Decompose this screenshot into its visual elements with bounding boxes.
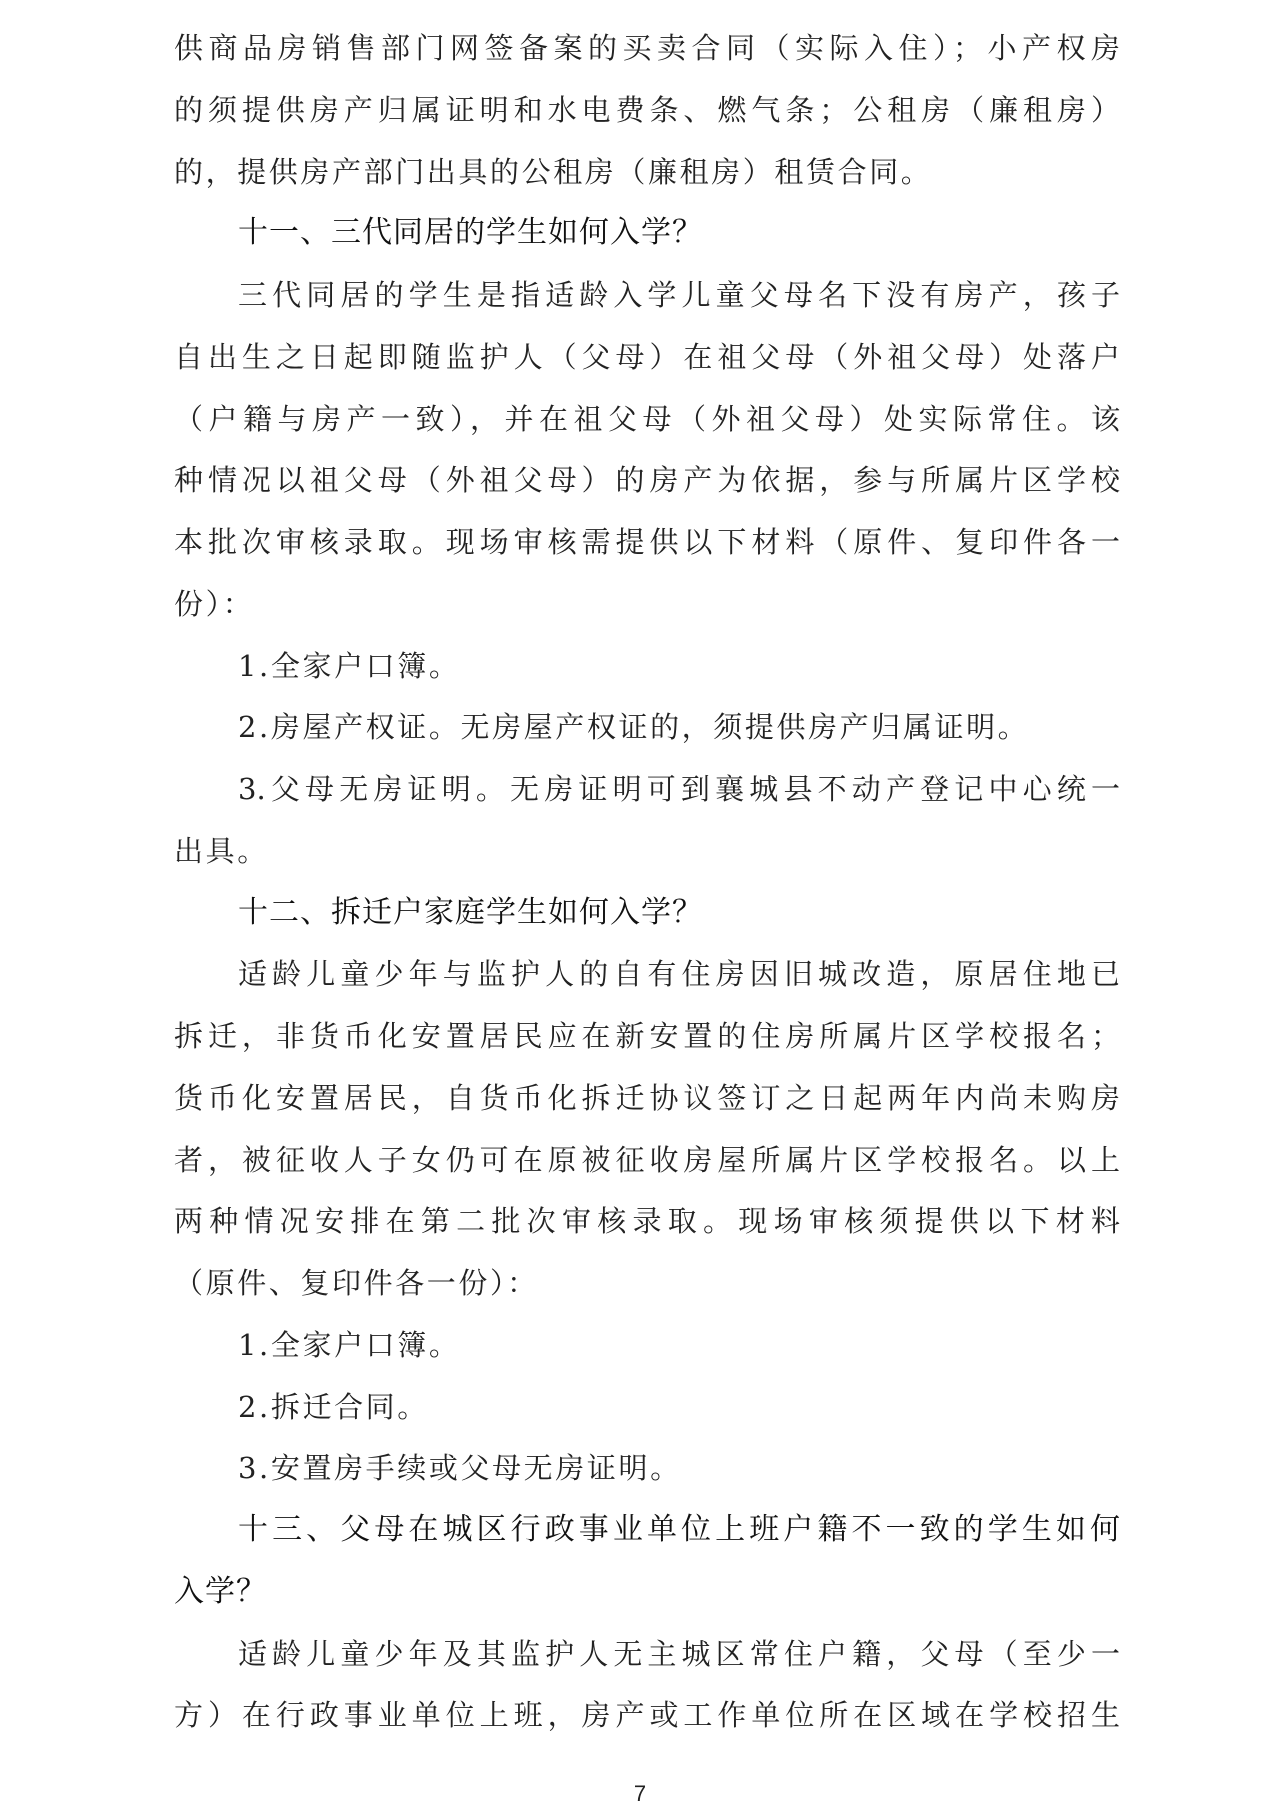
paragraph-line: 的，提供房产部门出具的公租房（廉租房）租赁合同。 xyxy=(174,150,1120,194)
paragraph-line: 方）在行政事业单位上班，房产或工作单位所在区域在学校招生 xyxy=(174,1693,1120,1737)
section-heading: 十三、父母在城区行政事业单位上班户籍不一致的学生如何 xyxy=(174,1508,1120,1552)
section-heading: 十二、拆迁户家庭学生如何入学？ xyxy=(174,891,1120,935)
paragraph-line: （原件、复印件各一份）： xyxy=(174,1261,1120,1305)
paragraph-line: 供商品房销售部门网签备案的买卖合同（实际入住）；小产权房 xyxy=(174,26,1120,70)
paragraph-line: 1.全家户口簿。 xyxy=(174,644,1120,688)
paragraph-line: 的须提供房产归属证明和水电费条、燃气条；公租房（廉租房） xyxy=(174,88,1120,132)
document-page: 供商品房销售部门网签备案的买卖合同（实际入住）；小产权房的须提供房产归属证明和水… xyxy=(0,0,1280,1810)
paragraph-line: 者，被征收人子女仍可在原被征收房屋所属片区学校报名。以上 xyxy=(174,1138,1120,1182)
paragraph-line: （户籍与房产一致），并在祖父母（外祖父母）处实际常住。该 xyxy=(174,397,1120,441)
paragraph-line: 适龄儿童少年与监护人的自有住房因旧城改造，原居住地已 xyxy=(174,952,1120,996)
paragraph-line: 出具。 xyxy=(174,829,1120,873)
section-heading: 入学？ xyxy=(174,1570,1120,1614)
paragraph-line: 两种情况安排在第二批次审核录取。现场审核须提供以下材料 xyxy=(174,1199,1120,1243)
paragraph-line: 自出生之日起即随监护人（父母）在祖父母（外祖父母）处落户 xyxy=(174,335,1120,379)
paragraph-line: 三代同居的学生是指适龄入学儿童父母名下没有房产，孩子 xyxy=(174,273,1120,317)
page-number: 7 xyxy=(628,1781,652,1807)
section-heading: 十一、三代同居的学生如何入学？ xyxy=(174,211,1120,255)
paragraph-line: 2.拆迁合同。 xyxy=(174,1385,1120,1429)
paragraph-line: 货币化安置居民，自货币化拆迁协议签订之日起两年内尚未购房 xyxy=(174,1076,1120,1120)
paragraph-line: 3.安置房手续或父母无房证明。 xyxy=(174,1446,1120,1490)
paragraph-line: 3.父母无房证明。无房证明可到襄城县不动产登记中心统一 xyxy=(174,767,1120,811)
paragraph-line: 2.房屋产权证。无房屋产权证的，须提供房产归属证明。 xyxy=(174,705,1120,749)
paragraph-line: 本批次审核录取。现场审核需提供以下材料（原件、复印件各一 xyxy=(174,520,1120,564)
paragraph-line: 种情况以祖父母（外祖父母）的房产为依据，参与所属片区学校 xyxy=(174,458,1120,502)
paragraph-line: 1.全家户口簿。 xyxy=(174,1323,1120,1367)
paragraph-line: 拆迁，非货币化安置居民应在新安置的住房所属片区学校报名； xyxy=(174,1014,1120,1058)
paragraph-line: 份）： xyxy=(174,582,1120,626)
paragraph-line: 适龄儿童少年及其监护人无主城区常住户籍，父母（至少一 xyxy=(174,1632,1120,1676)
